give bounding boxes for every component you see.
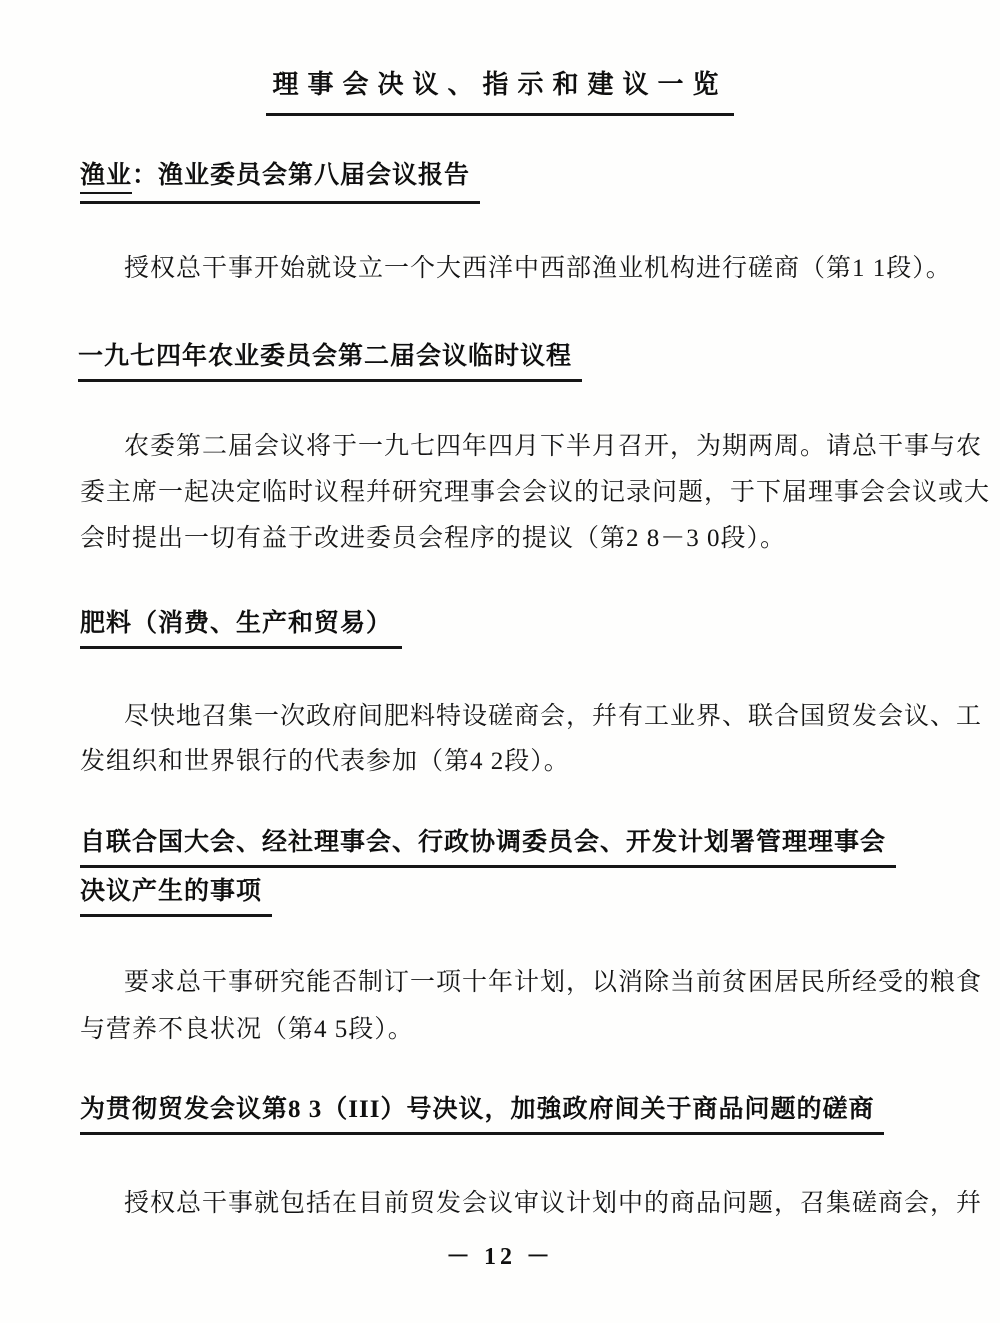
title-row: 理事会决议、指示和建议一览 bbox=[0, 64, 1000, 116]
paragraph-line: 授权总干事开始就设立一个大西洋中西部渔业机构进行磋商（第1 1段）。 bbox=[124, 248, 952, 284]
paragraph-line: 会时提出一切有益于改进委员会程序的提议（第2 8－3 0段）。 bbox=[80, 518, 786, 554]
section-heading-un-bodies-line2: 决议产生的事项 bbox=[80, 871, 272, 917]
page-number: － 12 － bbox=[0, 1236, 1000, 1271]
paragraph-line: 尽快地召集一次政府间肥料特设磋商会，幷有工业界、联合国贸发会议、工 bbox=[124, 696, 982, 732]
heading-rest-fisheries: ：渔业委员会第八届会议报告 bbox=[132, 162, 470, 189]
paragraph-line: 与营养不良状况（第4 5段）。 bbox=[80, 1009, 414, 1045]
section-heading-fisheries: 渔业：渔业委员会第八届会议报告 bbox=[80, 155, 480, 204]
paragraph-line: 要求总干事研究能否制订一项十年计划，以消除当前贫困居民所经受的粮食 bbox=[124, 962, 982, 998]
document-page: 理事会决议、指示和建议一览 渔业：渔业委员会第八届会议报告 授权总干事开始就设立… bbox=[0, 0, 1000, 1323]
paragraph-line: 授权总干事就包括在目前贸发会议审议计划中的商品问题，召集磋商会，幷 bbox=[124, 1183, 982, 1219]
heading-lead-fisheries: 渔业 bbox=[80, 155, 132, 194]
page-title: 理事会决议、指示和建议一览 bbox=[266, 64, 733, 116]
paragraph-line: 农委第二届会议将于一九七四年四月下半月召开，为期两周。请总干事与农 bbox=[124, 426, 982, 462]
paragraph-line: 发组织和世界银行的代表参加（第4 2段）。 bbox=[80, 741, 570, 777]
section-heading-un-bodies-line1: 自联合国大会、经社理事会、行政协调委员会、开发计划署管理理事会 bbox=[80, 822, 896, 868]
section-heading-fertilizer: 肥料（消费、生产和贸易） bbox=[80, 603, 402, 649]
section-heading-agriculture-agenda: 一九七四年农业委员会第二届会议临时议程 bbox=[78, 336, 582, 382]
section-heading-unctad-resolution: 为贯彻贸发会议第8 3（III）号决议，加強政府间关于商品问题的磋商 bbox=[80, 1089, 884, 1135]
paragraph-line: 委主席一起决定临时议程幷研究理事会会议的记录问题，于下届理事会会议或大 bbox=[80, 472, 990, 508]
